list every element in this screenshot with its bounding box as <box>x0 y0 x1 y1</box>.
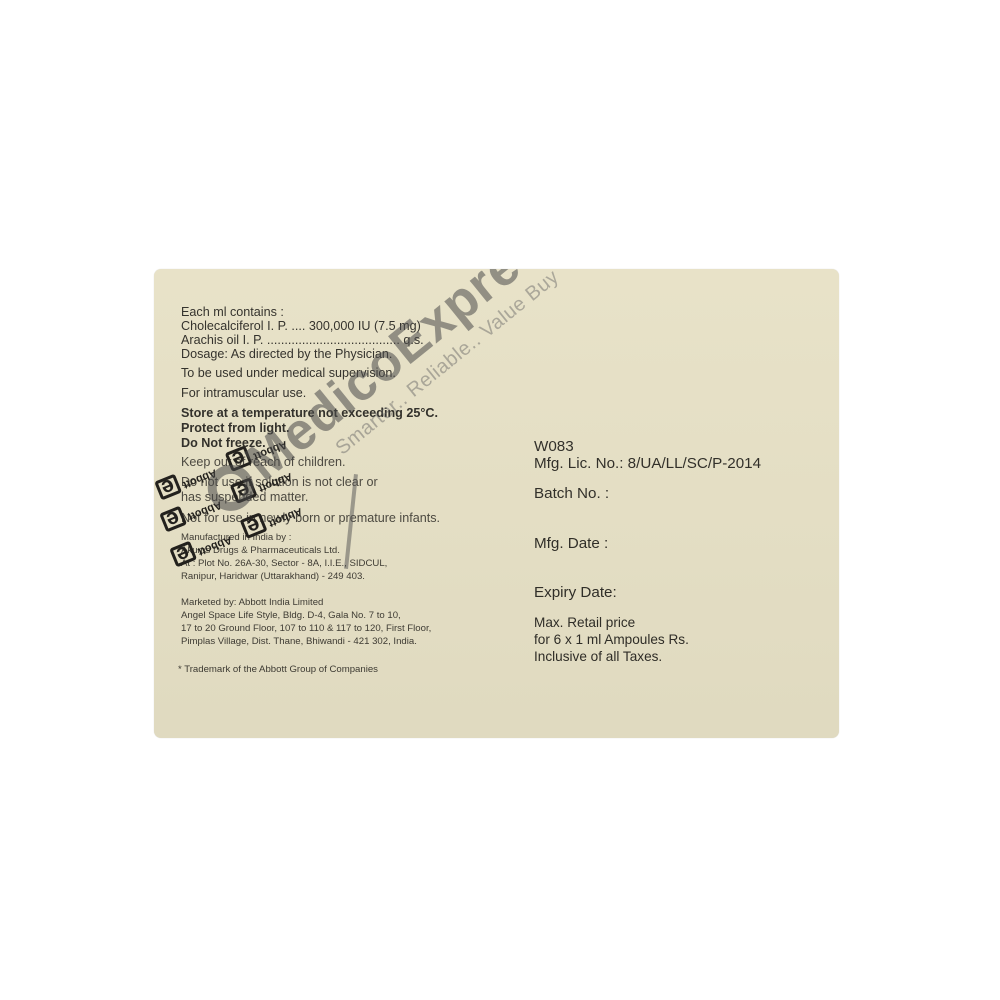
marketer-line-2: Angel Space Life Style, Bldg. D-4, Gala … <box>181 611 401 621</box>
trademark-note: * Trademark of the Abbott Group of Compa… <box>178 665 378 675</box>
dosage-text: Dosage: As directed by the Physician. <box>181 348 392 361</box>
manufacturer-line-3: At : Plot No. 26A-30, Sector - 8A, I.I.E… <box>181 559 387 569</box>
warning-infants: Not for use in newly born or premature i… <box>181 512 440 525</box>
marketer-line-3: 17 to 20 Ground Floor, 107 to 110 & 117 … <box>181 624 431 634</box>
mrp-line-3: Inclusive of all Taxes. <box>534 650 662 664</box>
storage-freeze: Do Not freeze. <box>181 437 266 450</box>
mfg-license-number: Mfg. Lic. No.: 8/UA/LL/SC/P-2014 <box>534 456 761 471</box>
marketer-line-1: Marketed by: Abbott India Limited <box>181 598 323 608</box>
ingredient-arachis-oil: Arachis oil I. P. ......................… <box>181 334 424 347</box>
storage-temperature: Store at a temperature not exceeding 25°… <box>181 407 438 420</box>
batch-number-label: Batch No. : <box>534 486 609 501</box>
warning-suspended: has suspended matter. <box>181 491 308 504</box>
warning-children: Keep out of reach of children. <box>181 456 346 469</box>
manufacturer-line-4: Ranipur, Haridwar (Uttarakhand) - 249 40… <box>181 572 365 582</box>
ingredient-cholecalciferol: Cholecalciferol I. P. .... 300,000 IU (7… <box>181 320 421 333</box>
storage-light: Protect from light. <box>181 422 289 435</box>
manufacturer-line-1: Manufactured in India by : <box>181 533 291 543</box>
medicine-carton-back-panel: Each ml contains : Cholecalciferol I. P.… <box>154 269 839 738</box>
warning-clarity: Do not use if solution is not clear or <box>181 476 378 489</box>
marketer-line-4: Pimplas Village, Dist. Thane, Bhiwandi -… <box>181 637 417 647</box>
abbott-logo-icon: e <box>154 474 182 501</box>
expiry-date-label: Expiry Date: <box>534 585 617 600</box>
mfg-date-label: Mfg. Date : <box>534 536 608 551</box>
mrp-line-1: Max. Retail price <box>534 616 635 630</box>
watermark-tagline: Smarter.. Reliable.. Value Buy <box>332 269 592 460</box>
product-code: W083 <box>534 439 574 454</box>
composition-header: Each ml contains : <box>181 306 284 319</box>
route-text: For intramuscular use. <box>181 387 306 400</box>
manufacturer-line-2: Akums Drugs & Pharmaceuticals Ltd. <box>181 546 340 556</box>
mrp-line-2: for 6 x 1 ml Ampoules Rs. <box>534 633 689 647</box>
supervision-text: To be used under medical supervision. <box>181 367 396 380</box>
